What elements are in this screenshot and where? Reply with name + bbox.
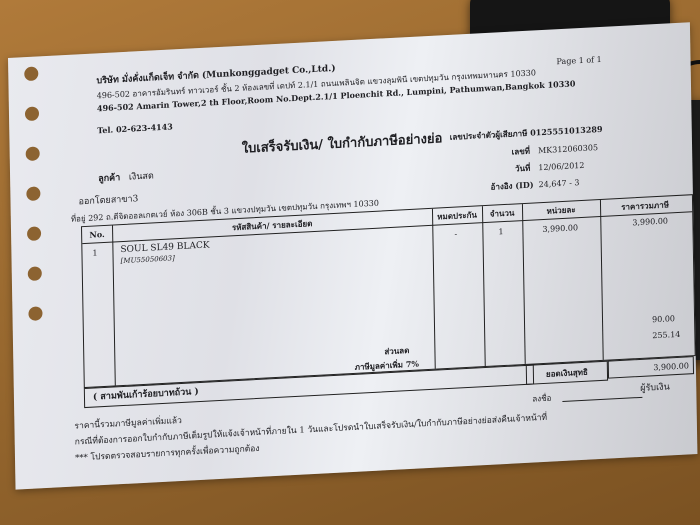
extra-value: 90.00 (652, 314, 675, 324)
receipt-title: ใบเสร็จรับเงิน/ ใบกำกับภาษีอย่างย่อ (242, 127, 443, 158)
issued-by: ออกโดยสาขา3 (78, 191, 138, 208)
punch-hole (28, 306, 42, 321)
receipt-meta: เลขที่MK312060305 วันที่12/06/2012 อ้างอ… (490, 139, 599, 196)
col-no: No. (82, 226, 112, 244)
punch-hole (24, 66, 38, 81)
signature-label: ลงชื่อ (532, 392, 551, 406)
row-total: 3,990.00 (632, 216, 668, 227)
punch-hole (28, 266, 42, 281)
company-phone: Tel. 02-623-4143 (97, 121, 173, 135)
punch-hole (26, 146, 40, 161)
customer-label: ลูกค้า (98, 173, 120, 184)
net-total-value: 3,900.00 (608, 356, 694, 378)
row-no: 1 (92, 248, 97, 257)
discount-label: ส่วนลด (384, 344, 409, 358)
row-warranty: - (454, 230, 457, 239)
row-item: SOUL SL49 BLACK (120, 240, 209, 255)
signature-line (562, 397, 642, 402)
row-unit-price: 3,990.00 (542, 223, 578, 234)
punch-hole (25, 106, 39, 121)
customer: ลูกค้า เงินสด (98, 168, 154, 185)
row-serial: [MU55050603] (121, 254, 175, 265)
page-number: Page 1 of 1 (556, 55, 601, 66)
row-qty: 1 (498, 227, 503, 236)
discount-value: 255.14 (652, 330, 680, 340)
receiver-label: ผู้รับเงิน (640, 379, 670, 395)
receipt-paper: บริษัท มั่งคั่งแก็ดเจ็ท จำกัด (Munkongga… (8, 22, 697, 489)
punch-hole (26, 186, 40, 201)
punch-hole (27, 226, 41, 241)
customer-value: เงินสด (129, 171, 154, 182)
net-total-label: ยอดเงินสุทธิ (526, 361, 608, 385)
items-table: No. รหัสสินค้า/ รายละเอียด หมดประกัน จำน… (81, 194, 696, 388)
